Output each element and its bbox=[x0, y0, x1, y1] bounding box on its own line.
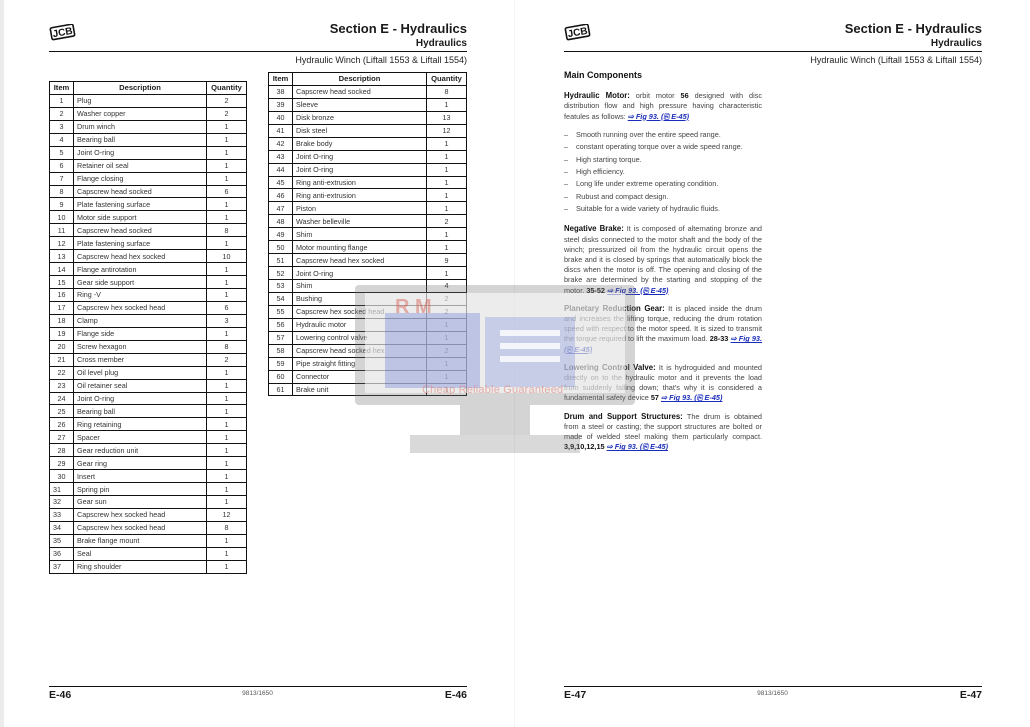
quantity-cell: 9 bbox=[427, 254, 467, 267]
description-cell: Bearing ball bbox=[74, 133, 207, 146]
table-row: 53Shim4 bbox=[269, 280, 467, 293]
quantity-cell: 6 bbox=[207, 301, 247, 314]
negative-brake-lead: Negative Brake: bbox=[564, 224, 624, 233]
table-row: 57Lowering control valve1 bbox=[269, 331, 467, 344]
column-header-quantity: Quantity bbox=[207, 82, 247, 95]
description-cell: Capscrew hex socked head bbox=[74, 508, 207, 521]
quantity-cell: 1 bbox=[207, 133, 247, 146]
description-cell: Capscrew head socked bbox=[74, 224, 207, 237]
table-row: 25Bearing ball1 bbox=[50, 405, 247, 418]
table-row: 41Disk steel12 bbox=[269, 124, 467, 137]
section-title: Section E - Hydraulics bbox=[845, 21, 982, 36]
item-cell: 5 bbox=[50, 146, 74, 159]
table-row: 59Pipe straight fitting1 bbox=[269, 357, 467, 370]
item-cell: 52 bbox=[269, 267, 293, 280]
table-row: 31Spring pin1 bbox=[50, 483, 247, 496]
column-header-quantity: Quantity bbox=[427, 73, 467, 86]
quantity-cell: 1 bbox=[427, 357, 467, 370]
page-e47: JCB Section E - Hydraulics Hydraulics Hy… bbox=[515, 0, 1030, 727]
item-cell: 18 bbox=[50, 314, 74, 327]
description-cell: Hydraulic motor bbox=[293, 318, 427, 331]
paragraph-text: It is composed of alternating bronze and… bbox=[564, 224, 762, 294]
table-row: 39Sleeve1 bbox=[269, 98, 467, 111]
item-cell: 20 bbox=[50, 340, 74, 353]
svg-text:JCB: JCB bbox=[567, 26, 589, 40]
item-cell: 12 bbox=[50, 237, 74, 250]
description-cell: Motor side support bbox=[74, 211, 207, 224]
table-row: 23Oil retainer seal1 bbox=[50, 379, 247, 392]
quantity-cell: 1 bbox=[207, 366, 247, 379]
planetary-gear-lead: Planetary Reduction Gear: bbox=[564, 304, 665, 313]
item-cell: 49 bbox=[269, 228, 293, 241]
quantity-cell: 1 bbox=[207, 534, 247, 547]
table-row: 27Spacer1 bbox=[50, 431, 247, 444]
item-cell: 31 bbox=[50, 483, 74, 496]
description-cell: Gear reduction unit bbox=[74, 444, 207, 457]
item-cell: 1 bbox=[50, 94, 74, 107]
quantity-cell: 1 bbox=[207, 198, 247, 211]
negative-brake-paragraph: Negative Brake: It is composed of altern… bbox=[564, 224, 762, 295]
quantity-cell: 1 bbox=[207, 560, 247, 573]
table-row: 60Connector1 bbox=[269, 370, 467, 383]
table-row: 16Ring -V1 bbox=[50, 289, 247, 302]
table-row: 52Joint O-ring1 bbox=[269, 267, 467, 280]
description-cell: Oil level plug bbox=[74, 366, 207, 379]
subsection-title: Hydraulics bbox=[931, 38, 982, 49]
item-cell: 46 bbox=[269, 189, 293, 202]
description-cell: Bushing bbox=[293, 292, 427, 305]
description-cell: Screw hexagon bbox=[74, 340, 207, 353]
description-cell: Brake body bbox=[293, 137, 427, 150]
table-row: 14Flange antirotation1 bbox=[50, 263, 247, 276]
quantity-cell: 1 bbox=[207, 392, 247, 405]
quantity-cell: 1 bbox=[427, 98, 467, 111]
watermark-text: Cheap Reliable Guaranteed bbox=[422, 384, 563, 396]
item-cell: 34 bbox=[50, 521, 74, 534]
table-row: 55Capscrew hex socked head2 bbox=[269, 305, 467, 318]
drum-support-paragraph: Drum and Support Structures: The drum is… bbox=[564, 412, 762, 453]
item-cell: 29 bbox=[50, 457, 74, 470]
quantity-cell: 2 bbox=[427, 344, 467, 357]
table-row: 26Ring retaining1 bbox=[50, 418, 247, 431]
lowering-valve-lead: Lowering Control Valve: bbox=[564, 363, 656, 372]
table-row: 44Joint O-ring1 bbox=[269, 163, 467, 176]
description-cell: Washer copper bbox=[74, 107, 207, 120]
item-reference: 3,9,10,12,15 bbox=[564, 442, 605, 451]
quantity-cell: 1 bbox=[207, 470, 247, 483]
description-cell: Brake flange mount bbox=[74, 534, 207, 547]
quantity-cell: 1 bbox=[207, 327, 247, 340]
table-row: 46Ring anti-extrusion1 bbox=[269, 189, 467, 202]
item-cell: 15 bbox=[50, 276, 74, 289]
parts-table-2: Item Description Quantity 38Capscrew hea… bbox=[268, 72, 467, 396]
table-row: 35Brake flange mount1 bbox=[50, 534, 247, 547]
description-cell: Bearing ball bbox=[74, 405, 207, 418]
quantity-cell: 1 bbox=[207, 172, 247, 185]
quantity-cell: 2 bbox=[427, 215, 467, 228]
table-row: 20Screw hexagon8 bbox=[50, 340, 247, 353]
column-header-description: Description bbox=[293, 73, 427, 86]
description-cell: Disk steel bbox=[293, 124, 427, 137]
item-cell: 56 bbox=[269, 318, 293, 331]
description-cell: Spring pin bbox=[74, 483, 207, 496]
quantity-cell: 1 bbox=[207, 289, 247, 302]
table-row: 19Flange side1 bbox=[50, 327, 247, 340]
quantity-cell: 2 bbox=[207, 107, 247, 120]
item-cell: 37 bbox=[50, 560, 74, 573]
page-number-right: E-46 bbox=[445, 689, 467, 701]
description-cell: Flange antirotation bbox=[74, 263, 207, 276]
table-row: 36Seal1 bbox=[50, 547, 247, 560]
main-components-heading: Main Components bbox=[564, 70, 762, 80]
description-cell: Ring anti-extrusion bbox=[293, 176, 427, 189]
item-cell: 17 bbox=[50, 301, 74, 314]
jcb-logo-icon: JCB bbox=[49, 24, 76, 41]
table-row: 3Drum winch1 bbox=[50, 120, 247, 133]
table-row: 6Retainer oil seal1 bbox=[50, 159, 247, 172]
description-cell: Shim bbox=[293, 280, 427, 293]
motor-features-list: Smooth running over the entire speed ran… bbox=[564, 130, 762, 215]
table-row: 42Brake body1 bbox=[269, 137, 467, 150]
item-cell: 42 bbox=[269, 137, 293, 150]
description-cell: Ring retaining bbox=[74, 418, 207, 431]
description-cell: Insert bbox=[74, 470, 207, 483]
description-cell: Plug bbox=[74, 94, 207, 107]
figure-link[interactable]: ⇨ Fig 93. (⎘ E-45) bbox=[607, 286, 668, 295]
description-cell: Oil retainer seal bbox=[74, 379, 207, 392]
quantity-cell: 1 bbox=[427, 176, 467, 189]
item-cell: 39 bbox=[269, 98, 293, 111]
item-cell: 50 bbox=[269, 241, 293, 254]
item-reference: 57 bbox=[651, 393, 659, 402]
description-cell: Pipe straight fitting bbox=[293, 357, 427, 370]
item-cell: 13 bbox=[50, 250, 74, 263]
table-row: 56Hydraulic motor1 bbox=[269, 318, 467, 331]
table-row: 30Insert1 bbox=[50, 470, 247, 483]
quantity-cell: 1 bbox=[427, 163, 467, 176]
page-number-right: E-47 bbox=[960, 689, 982, 701]
item-reference: 56 bbox=[681, 91, 689, 100]
item-cell: 47 bbox=[269, 202, 293, 215]
description-cell: Ring anti-extrusion bbox=[293, 189, 427, 202]
item-cell: 58 bbox=[269, 344, 293, 357]
quantity-cell: 1 bbox=[207, 237, 247, 250]
description-cell: Brake unit bbox=[293, 383, 427, 396]
table-row: 51Capscrew head hex socked9 bbox=[269, 254, 467, 267]
item-cell: 3 bbox=[50, 120, 74, 133]
quantity-cell: 1 bbox=[207, 379, 247, 392]
section-title: Section E - Hydraulics bbox=[330, 21, 467, 36]
quantity-cell: 1 bbox=[427, 241, 467, 254]
topic-description: Hydraulic Winch (Liftall 1553 & Liftall … bbox=[295, 55, 467, 65]
quantity-cell: 1 bbox=[207, 444, 247, 457]
item-reference: 28-33 bbox=[710, 334, 729, 343]
quantity-cell: 8 bbox=[207, 224, 247, 237]
quantity-cell: 1 bbox=[427, 150, 467, 163]
document-code: 9813/1650 bbox=[0, 690, 515, 697]
description-cell: Seal bbox=[74, 547, 207, 560]
item-cell: 41 bbox=[269, 124, 293, 137]
quantity-cell: 1 bbox=[427, 318, 467, 331]
item-cell: 55 bbox=[269, 305, 293, 318]
description-cell: Capscrew head socked bbox=[293, 85, 427, 98]
item-cell: 36 bbox=[50, 547, 74, 560]
item-cell: 48 bbox=[269, 215, 293, 228]
item-cell: 61 bbox=[269, 383, 293, 396]
table-row: 40Disk bronze13 bbox=[269, 111, 467, 124]
table-row: 49Shim1 bbox=[269, 228, 467, 241]
quantity-cell: 8 bbox=[207, 340, 247, 353]
description-cell: Sleeve bbox=[293, 98, 427, 111]
item-cell: 53 bbox=[269, 280, 293, 293]
item-cell: 44 bbox=[269, 163, 293, 176]
table-row: 58Capscrew head socked hex2 bbox=[269, 344, 467, 357]
subsection-title: Hydraulics bbox=[416, 38, 467, 49]
column-header-item: Item bbox=[269, 73, 293, 86]
quantity-cell: 2 bbox=[427, 292, 467, 305]
item-cell: 2 bbox=[50, 107, 74, 120]
item-cell: 26 bbox=[50, 418, 74, 431]
quantity-cell: 1 bbox=[207, 405, 247, 418]
figure-link[interactable]: ⇨ Fig 93. (⎘ E-45) bbox=[661, 393, 722, 402]
item-cell: 19 bbox=[50, 327, 74, 340]
quantity-cell: 4 bbox=[427, 280, 467, 293]
description-cell: Flange closing bbox=[74, 172, 207, 185]
footer-rule bbox=[49, 686, 467, 687]
item-cell: 11 bbox=[50, 224, 74, 237]
table-row: 5Joint O-ring1 bbox=[50, 146, 247, 159]
document-code: 9813/1650 bbox=[515, 690, 1030, 697]
column-header-description: Description bbox=[74, 82, 207, 95]
description-cell: Disk bronze bbox=[293, 111, 427, 124]
description-cell: Connector bbox=[293, 370, 427, 383]
item-cell: 40 bbox=[269, 111, 293, 124]
item-cell: 28 bbox=[50, 444, 74, 457]
item-cell: 60 bbox=[269, 370, 293, 383]
item-cell: 43 bbox=[269, 150, 293, 163]
quantity-cell: 1 bbox=[427, 370, 467, 383]
item-cell: 35 bbox=[50, 534, 74, 547]
table-row: 8Capscrew head socked6 bbox=[50, 185, 247, 198]
item-cell: 57 bbox=[269, 331, 293, 344]
item-cell: 16 bbox=[50, 289, 74, 302]
footer-rule bbox=[564, 686, 982, 687]
table-row: 22Oil level plug1 bbox=[50, 366, 247, 379]
quantity-cell: 1 bbox=[427, 228, 467, 241]
item-cell: 33 bbox=[50, 508, 74, 521]
parts-table-1: Item Description Quantity 1Plug22Washer … bbox=[49, 81, 247, 574]
table-row: 18Clamp3 bbox=[50, 314, 247, 327]
description-cell: Capscrew head hex socked bbox=[74, 250, 207, 263]
description-cell: Capscrew head socked hex bbox=[293, 344, 427, 357]
list-item: High efficiency. bbox=[564, 167, 762, 177]
table-row: 28Gear reduction unit1 bbox=[50, 444, 247, 457]
item-cell: 8 bbox=[50, 185, 74, 198]
table-row: 21Cross member2 bbox=[50, 353, 247, 366]
description-cell: Plate fastening surface bbox=[74, 198, 207, 211]
item-cell: 27 bbox=[50, 431, 74, 444]
table-row: 32Gear sun1 bbox=[50, 496, 247, 509]
planetary-gear-paragraph: Planetary Reduction Gear: It is placed i… bbox=[564, 304, 762, 355]
description-cell: Ring shoulder bbox=[74, 560, 207, 573]
paragraph-text: orbit motor bbox=[630, 91, 681, 100]
quantity-cell: 8 bbox=[207, 521, 247, 534]
column-header-item: Item bbox=[50, 82, 74, 95]
item-cell: 54 bbox=[269, 292, 293, 305]
page-e46: JCB Section E - Hydraulics Hydraulics Hy… bbox=[0, 0, 515, 727]
table-row: 10Motor side support1 bbox=[50, 211, 247, 224]
table-row: 50Motor mounting flange1 bbox=[269, 241, 467, 254]
quantity-cell: 3 bbox=[207, 314, 247, 327]
quantity-cell: 6 bbox=[207, 185, 247, 198]
item-cell: 51 bbox=[269, 254, 293, 267]
description-cell: Capscrew head socked bbox=[74, 185, 207, 198]
table-row: 1Plug2 bbox=[50, 94, 247, 107]
table-row: 48Washer belleville2 bbox=[269, 215, 467, 228]
quantity-cell: 1 bbox=[207, 120, 247, 133]
description-cell: Washer belleville bbox=[293, 215, 427, 228]
quantity-cell: 1 bbox=[207, 431, 247, 444]
quantity-cell: 2 bbox=[207, 353, 247, 366]
table-row: 43Joint O-ring1 bbox=[269, 150, 467, 163]
table-row: 4Bearing ball1 bbox=[50, 133, 247, 146]
quantity-cell: 1 bbox=[427, 137, 467, 150]
description-cell: Joint O-ring bbox=[74, 392, 207, 405]
quantity-cell: 1 bbox=[207, 457, 247, 470]
description-cell: Retainer oil seal bbox=[74, 159, 207, 172]
table-row: 37Ring shoulder1 bbox=[50, 560, 247, 573]
item-cell: 45 bbox=[269, 176, 293, 189]
list-item: Smooth running over the entire speed ran… bbox=[564, 130, 762, 140]
topic-description: Hydraulic Winch (Liftall 1553 & Liftall … bbox=[810, 55, 982, 65]
description-cell: Motor mounting flange bbox=[293, 241, 427, 254]
description-cell: Capscrew hex socked head bbox=[74, 301, 207, 314]
item-cell: 4 bbox=[50, 133, 74, 146]
list-item: Rubust and compact design. bbox=[564, 192, 762, 202]
list-item: Suitable for a wide variety of hydraulic… bbox=[564, 204, 762, 214]
item-cell: 14 bbox=[50, 263, 74, 276]
table-row: 15Gear side support1 bbox=[50, 276, 247, 289]
item-cell: 38 bbox=[269, 85, 293, 98]
description-cell: Capscrew hex socked head bbox=[74, 521, 207, 534]
description-cell: Joint O-ring bbox=[293, 267, 427, 280]
description-cell: Gear side support bbox=[74, 276, 207, 289]
description-cell: Joint O-ring bbox=[293, 150, 427, 163]
drum-support-lead: Drum and Support Structures: bbox=[564, 412, 683, 421]
description-cell: Capscrew hex socked head bbox=[293, 305, 427, 318]
description-cell: Capscrew head hex socked bbox=[293, 254, 427, 267]
item-cell: 30 bbox=[50, 470, 74, 483]
description-cell: Gear sun bbox=[74, 496, 207, 509]
table-row: 2Washer copper2 bbox=[50, 107, 247, 120]
table-row: 24Joint O-ring1 bbox=[50, 392, 247, 405]
description-cell: Ring -V bbox=[74, 289, 207, 302]
item-cell: 32 bbox=[50, 496, 74, 509]
jcb-logo-icon: JCB bbox=[564, 24, 591, 41]
table-row: 47Piston1 bbox=[269, 202, 467, 215]
description-cell: Lowering control valve bbox=[293, 331, 427, 344]
description-cell: Piston bbox=[293, 202, 427, 215]
quantity-cell: 1 bbox=[427, 331, 467, 344]
description-cell: Clamp bbox=[74, 314, 207, 327]
item-cell: 59 bbox=[269, 357, 293, 370]
quantity-cell: 1 bbox=[207, 483, 247, 496]
quantity-cell: 1 bbox=[207, 263, 247, 276]
item-cell: 23 bbox=[50, 379, 74, 392]
lowering-valve-paragraph: Lowering Control Valve: It is hydroguide… bbox=[564, 363, 762, 404]
table-row: 29Gear ring1 bbox=[50, 457, 247, 470]
description-cell: Gear ring bbox=[74, 457, 207, 470]
quantity-cell: 2 bbox=[427, 305, 467, 318]
figure-link[interactable]: ⇨ Fig 93. (⎘ E-45) bbox=[628, 112, 689, 121]
description-cell: Flange side bbox=[74, 327, 207, 340]
description-cell: Joint O-ring bbox=[74, 146, 207, 159]
svg-text:JCB: JCB bbox=[52, 26, 74, 40]
table-row: 12Plate fastening surface1 bbox=[50, 237, 247, 250]
quantity-cell: 1 bbox=[427, 267, 467, 280]
figure-link[interactable]: ⇨ Fig 93. (⎘ E-45) bbox=[607, 442, 668, 451]
description-cell: Joint O-ring bbox=[293, 163, 427, 176]
quantity-cell: 1 bbox=[207, 276, 247, 289]
quantity-cell: 1 bbox=[207, 418, 247, 431]
main-components-content: Main Components Hydraulic Motor: orbit m… bbox=[564, 70, 762, 460]
header-rule bbox=[49, 51, 467, 52]
quantity-cell: 12 bbox=[207, 508, 247, 521]
hydraulic-motor-lead: Hydraulic Motor: bbox=[564, 91, 630, 100]
item-cell: 21 bbox=[50, 353, 74, 366]
header-rule bbox=[564, 51, 982, 52]
table-row: 38Capscrew head socked8 bbox=[269, 85, 467, 98]
item-cell: 22 bbox=[50, 366, 74, 379]
item-reference: 35-52 bbox=[586, 286, 605, 295]
quantity-cell: 1 bbox=[427, 202, 467, 215]
list-item: constant operating torque over a wide sp… bbox=[564, 142, 762, 152]
quantity-cell: 1 bbox=[427, 189, 467, 202]
quantity-cell: 1 bbox=[207, 159, 247, 172]
item-cell: 24 bbox=[50, 392, 74, 405]
description-cell: Plate fastening surface bbox=[74, 237, 207, 250]
item-cell: 7 bbox=[50, 172, 74, 185]
description-cell: Drum winch bbox=[74, 120, 207, 133]
item-cell: 6 bbox=[50, 159, 74, 172]
quantity-cell: 2 bbox=[207, 94, 247, 107]
description-cell: Shim bbox=[293, 228, 427, 241]
description-cell: Cross member bbox=[74, 353, 207, 366]
list-item: High starting torque. bbox=[564, 155, 762, 165]
table-row: 13Capscrew head hex socked10 bbox=[50, 250, 247, 263]
quantity-cell: 1 bbox=[207, 496, 247, 509]
item-cell: 25 bbox=[50, 405, 74, 418]
table-row: 33Capscrew hex socked head12 bbox=[50, 508, 247, 521]
quantity-cell: 8 bbox=[427, 85, 467, 98]
quantity-cell: 12 bbox=[427, 124, 467, 137]
quantity-cell: 1 bbox=[207, 547, 247, 560]
quantity-cell: 1 bbox=[207, 211, 247, 224]
description-cell: Spacer bbox=[74, 431, 207, 444]
table-row: 17Capscrew hex socked head6 bbox=[50, 301, 247, 314]
item-cell: 9 bbox=[50, 198, 74, 211]
quantity-cell: 10 bbox=[207, 250, 247, 263]
table-row: 9Plate fastening surface1 bbox=[50, 198, 247, 211]
quantity-cell: 13 bbox=[427, 111, 467, 124]
table-row: 11Capscrew head socked8 bbox=[50, 224, 247, 237]
table-row: 54Bushing2 bbox=[269, 292, 467, 305]
table-row: 7Flange closing1 bbox=[50, 172, 247, 185]
hydraulic-motor-paragraph: Hydraulic Motor: orbit motor 56 designed… bbox=[564, 91, 762, 122]
quantity-cell: 1 bbox=[207, 146, 247, 159]
item-cell: 10 bbox=[50, 211, 74, 224]
table-row: 45Ring anti-extrusion1 bbox=[269, 176, 467, 189]
